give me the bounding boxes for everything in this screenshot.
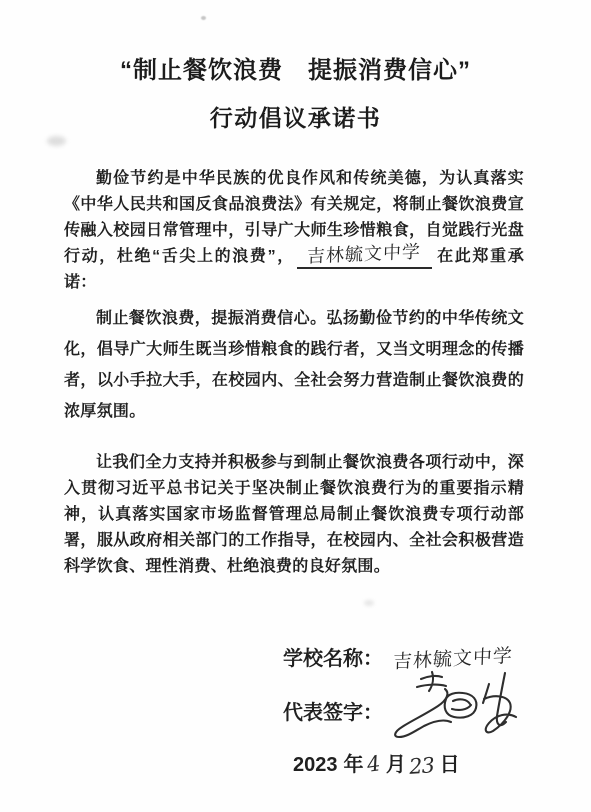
date-month-unit: 月 <box>386 754 406 776</box>
paragraph-commitment-2: 让我们全力支持并积极参与到制止餐饮浪费各项行动中，深入贯彻习近平总书记关于坚决制… <box>64 450 524 580</box>
date-year-unit: 年 <box>344 754 364 776</box>
paragraph-commitment-1: 制止餐饮浪费，提振消费信心。弘扬勤俭节约的中华传统文化，倡导广大师生既当珍惜粮食… <box>64 303 524 427</box>
representative-signature-scribble <box>388 664 530 744</box>
paragraph-pledge-intro: 勤俭节约是中华民族的优良作风和传统美德，为认真落实《中华人民共和国反食品浪费法》… <box>64 166 524 296</box>
school-name-handwritten: 吉林毓文中学 <box>307 241 421 266</box>
document-subtitle: 行动倡议承诺书 <box>0 100 591 133</box>
date-row: 2023年4月23日 <box>293 748 463 777</box>
date-month-handwritten: 4 <box>365 751 382 777</box>
scan-artifact-dot <box>201 16 206 20</box>
scanned-pledge-document: “制止餐饮浪费 提振消费信心” 行动倡议承诺书 勤俭节约是中华民族的优良作风和传… <box>0 0 591 812</box>
representative-signature-label: 代表签字： <box>283 702 383 724</box>
date-day-unit: 日 <box>440 754 460 776</box>
date-year: 2023 <box>293 754 338 776</box>
school-name-label: 学校名称： <box>283 648 383 670</box>
school-name-blank: 吉林毓文中学 <box>297 245 432 269</box>
document-title: “制止餐饮浪费 提振消费信心” <box>0 50 591 85</box>
scan-artifact-smudge <box>364 600 374 606</box>
scan-artifact-smudge <box>47 136 66 146</box>
date-day-handwritten: 23 <box>408 753 434 779</box>
representative-signature-row: 代表签字： <box>283 696 383 725</box>
